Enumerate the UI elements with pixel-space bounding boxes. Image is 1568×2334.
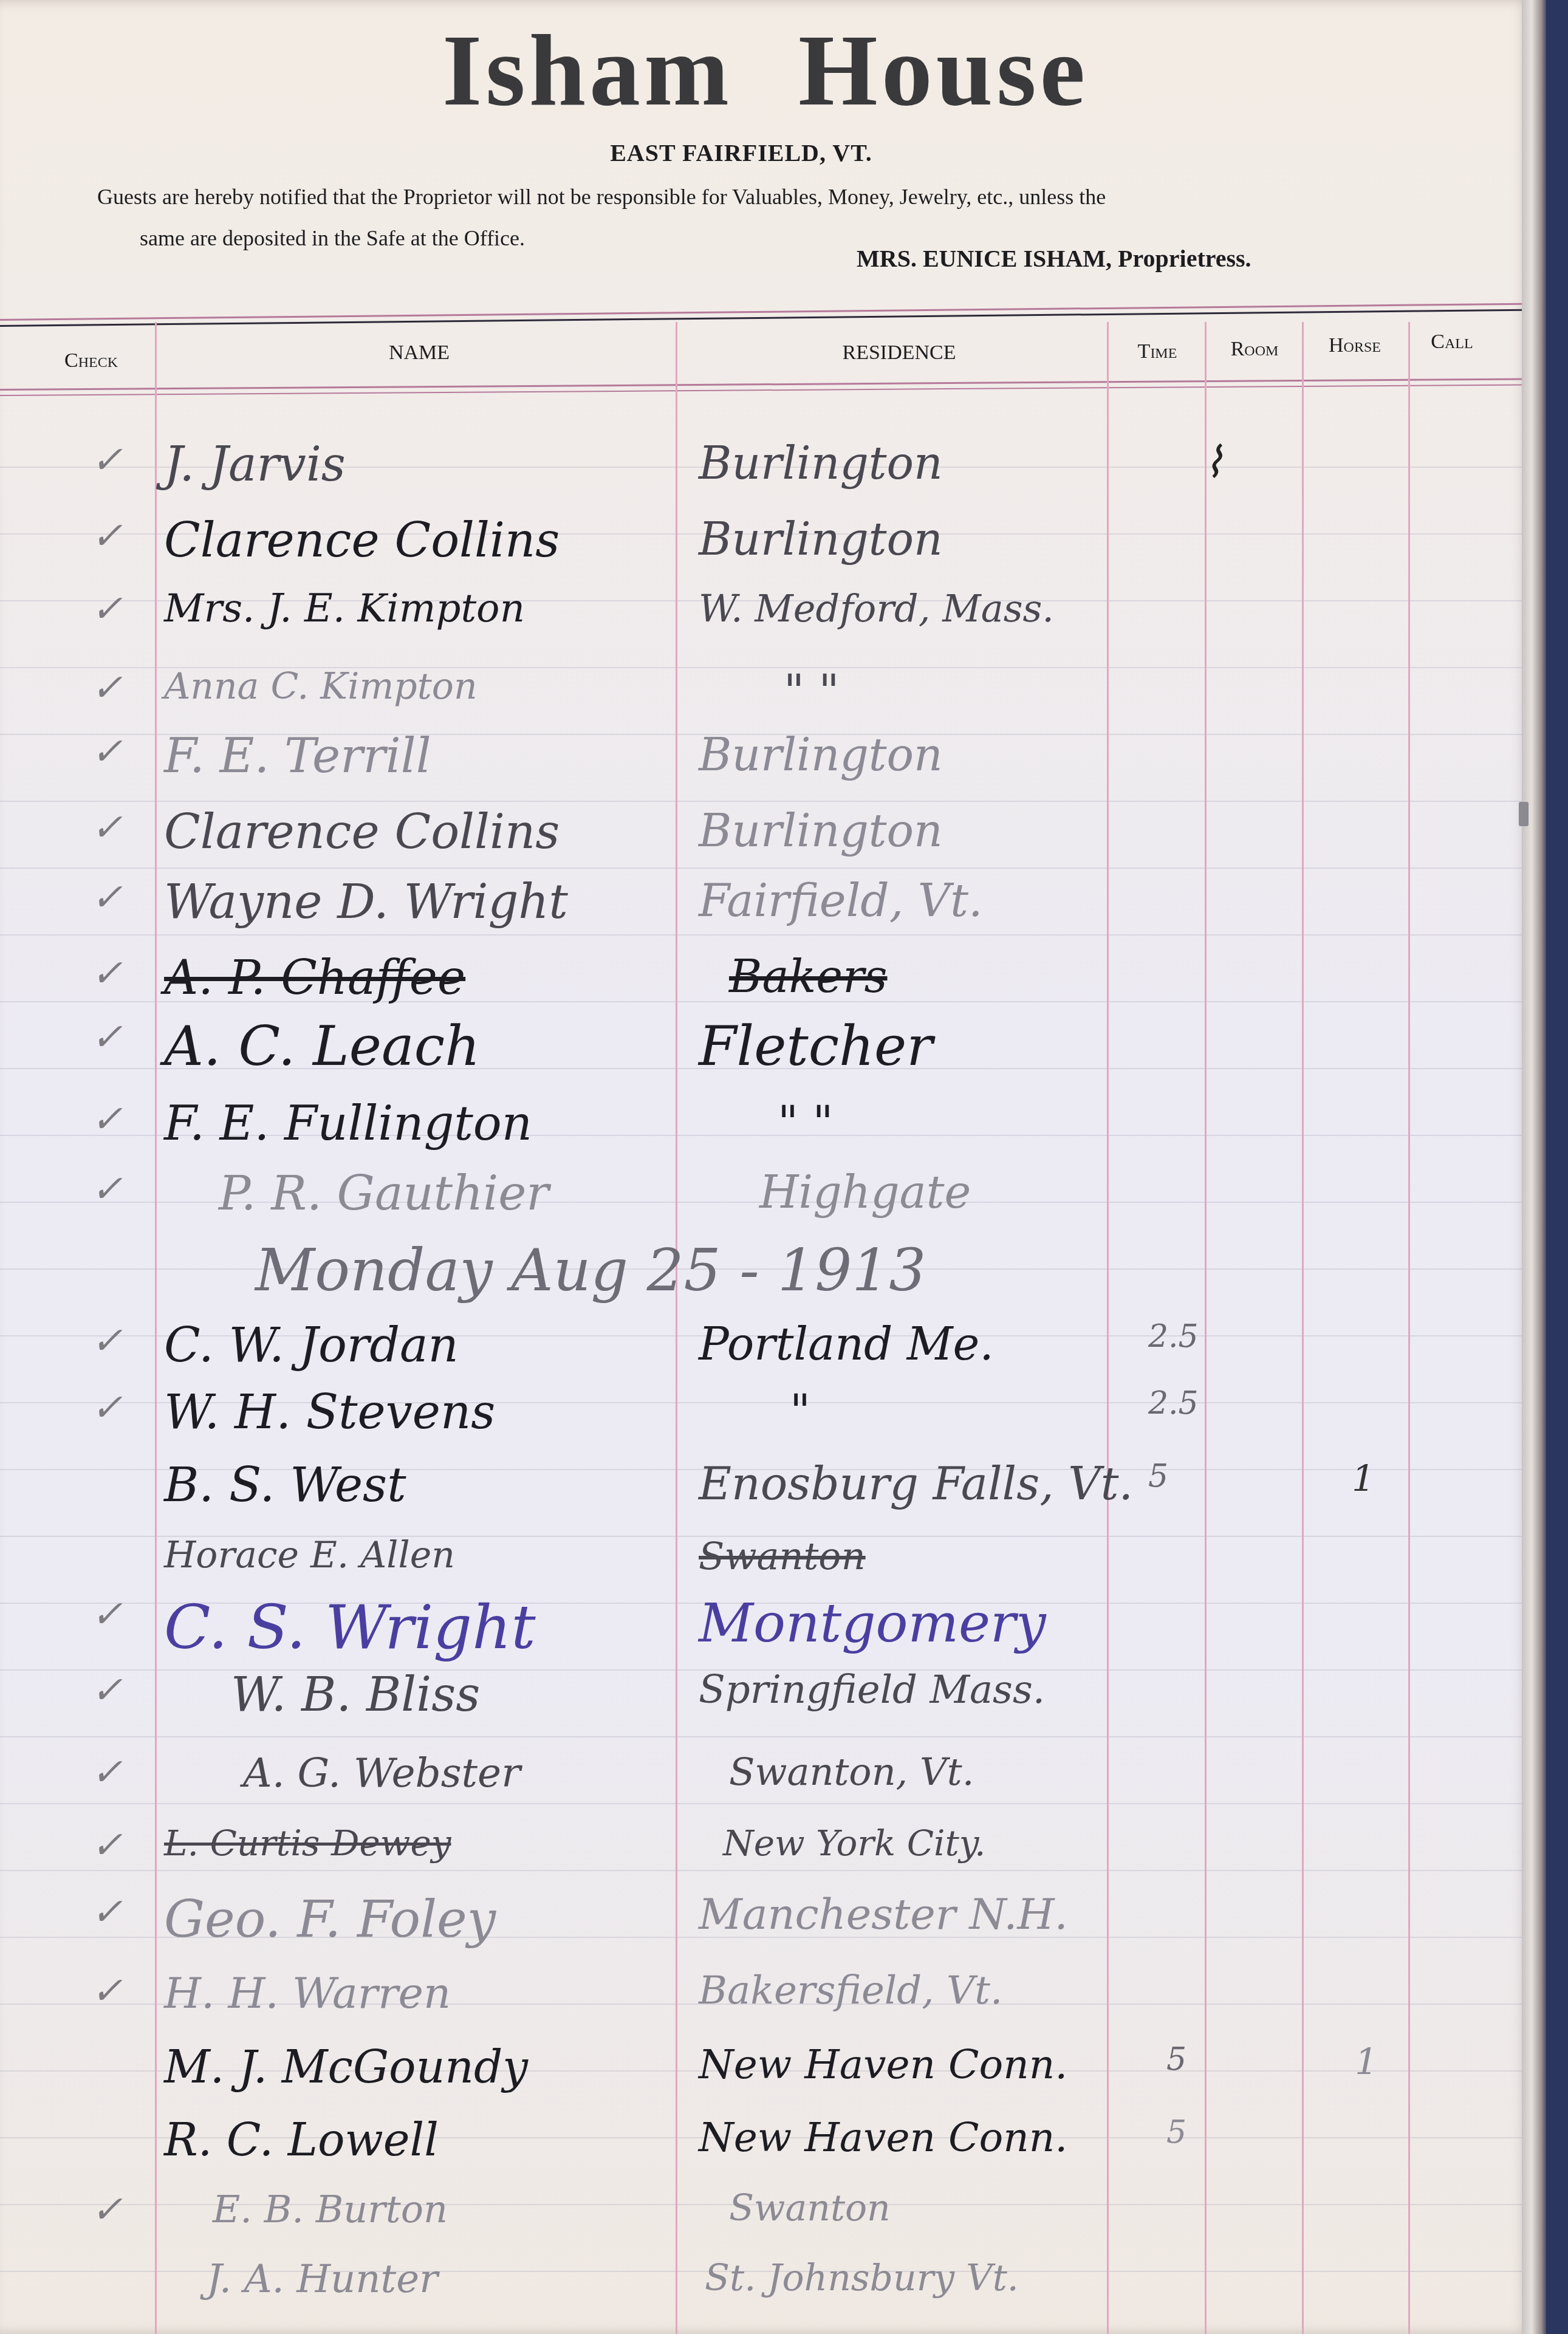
date-line: Monday Aug 25 - 1913 (255, 1236, 926, 1304)
register-entry: ✓ A. C. Leach Fletcher (0, 1015, 1519, 1081)
guest-name: Mrs. J. E. Kimpton (164, 586, 525, 631)
guest-name: Clarence Collins (164, 805, 560, 860)
register-entry: ✓ W. H. Stevens " 2.5 (0, 1385, 1519, 1452)
time-value: 2.5 (1148, 1318, 1199, 1355)
check-mark: ✓ (91, 1097, 123, 1141)
hotel-location: EAST FAIRFIELD, VT. (0, 139, 1482, 167)
guest-residence: Bakers (729, 951, 887, 1003)
guest-name: M. J. McGoundy (164, 2041, 528, 2093)
column-header-room: Room (1215, 338, 1294, 361)
check-mark: ✓ (91, 2187, 123, 2231)
guest-residence: Swanton (699, 1534, 866, 1578)
guest-name: Anna C. Kimpton (164, 665, 478, 708)
register-entry: ✓ A. P. Chaffee Bakers (0, 951, 1519, 1018)
guest-residence: Burlington (699, 729, 943, 781)
guest-residence: Swanton (729, 2187, 891, 2230)
proprietress-name: MRS. EUNICE ISHAM, (857, 245, 1112, 272)
check-mark: ✓ (91, 1668, 123, 1712)
guest-residence: Swanton, Vt. (729, 1750, 974, 1794)
register-entry: ✓ Mrs. J. E. Kimpton W. Medford, Mass. (0, 586, 1519, 653)
proprietress-signature: MRS. EUNICE ISHAM, Proprietress. (857, 244, 1251, 273)
guest-residence: W. Medford, Mass. (699, 586, 1054, 631)
check-mark: ✓ (91, 586, 123, 631)
guest-name: B. S. West (164, 1458, 406, 1513)
guest-residence: New Haven Conn. (699, 2114, 1067, 2161)
register-entry: ✓ W. B. Bliss Springfield Mass. (0, 1668, 1519, 1734)
guest-name: W. H. Stevens (164, 1385, 495, 1440)
guest-name: C. W. Jordan (164, 1318, 459, 1373)
guest-name: F. E. Fullington (164, 1097, 532, 1151)
register-entry: ✓ Clarence Collins Burlington (0, 513, 1519, 580)
check-mark: ✓ (91, 665, 123, 710)
column-header-name: NAME (340, 341, 498, 364)
register-entry: ✓ E. B. Burton Swanton (0, 2187, 1519, 2254)
register-entry: ✓ A. G. Webster Swanton, Vt. (0, 1750, 1519, 1816)
check-mark: ✓ (91, 1822, 123, 1867)
guest-name: W. B. Bliss (231, 1668, 480, 1722)
check-mark: ✓ (91, 805, 123, 849)
header-rule-bottom-2 (0, 384, 1525, 396)
guest-name: F. E. Terrill (164, 729, 431, 784)
guest-residence: Portland Me. (699, 1318, 994, 1371)
guest-residence: Bakersfield, Vt. (699, 1968, 1002, 2013)
guest-residence: New York City. (723, 1822, 985, 1864)
register-entry: ✓ F. E. Fullington " " (0, 1097, 1519, 1163)
register-entry: R. C. Lowell New Haven Conn. 5 (0, 2114, 1519, 2181)
guest-residence: " (790, 1385, 810, 1437)
guest-name: C. S. Wright (164, 1592, 536, 1663)
check-mark: ✓ (91, 1889, 123, 1934)
register-entry: ✓ J. Jarvis Burlington (0, 437, 1519, 504)
check-mark: ✓ (91, 875, 123, 919)
header-rule-bottom (0, 378, 1525, 391)
check-mark: ✓ (91, 513, 123, 558)
check-mark: ✓ (91, 729, 123, 773)
guest-residence: Highgate (759, 1166, 971, 1219)
guest-name: P. R. Gauthier (219, 1166, 549, 1221)
check-mark: ✓ (91, 951, 123, 995)
column-header-residence: RESIDENCE (808, 341, 990, 364)
guest-name: Clarence Collins (164, 513, 560, 568)
register-entry: ✓ H. H. Warren Bakersfield, Vt. (0, 1968, 1519, 2035)
time-value: 5 (1166, 2114, 1186, 2151)
hotel-title: Isham House (0, 12, 1531, 129)
check-mark: ✓ (91, 1166, 123, 1211)
column-header-time: Time (1118, 340, 1197, 363)
guest-residence: " " (784, 665, 840, 717)
check-mark: ✓ (91, 437, 123, 482)
horse-value: 1 (1352, 1458, 1375, 1501)
register-entry: ✓ F. E. Terrill Burlington (0, 729, 1519, 796)
guest-name: A. P. Chaffee (164, 951, 465, 1005)
guest-residence: St. Johnsbury Vt. (705, 2257, 1019, 2299)
guest-name: Geo. F. Foley (164, 1889, 496, 1949)
guest-name: L. Curtis Dewey (164, 1822, 451, 1864)
register-entry: ✓ Anna C. Kimpton " " (0, 665, 1519, 732)
guest-residence: New Haven Conn. (699, 2041, 1067, 2088)
proprietress-role: Proprietress. (1118, 245, 1251, 272)
binding-tab (1519, 802, 1529, 826)
notice-line-1: Guests are hereby notified that the Prop… (97, 185, 1106, 209)
guest-name: J. Jarvis (164, 437, 346, 492)
time-value: 5 (1148, 1458, 1168, 1494)
register-entry: ✓ Geo. F. Foley Manchester N.H. (0, 1889, 1519, 1956)
guest-name: Horace E. Allen (164, 1534, 455, 1576)
guest-residence: Burlington (699, 437, 943, 490)
check-mark: ✓ (91, 1385, 123, 1429)
guest-name: A. C. Leach (164, 1015, 480, 1078)
register-entry: B. S. West Enosburg Falls, Vt. 5 1 (0, 1458, 1519, 1525)
check-mark: ✓ (91, 1750, 123, 1794)
register-entry: M. J. McGoundy New Haven Conn. 5 1 (0, 2041, 1519, 2108)
guest-residence: Burlington (699, 805, 943, 857)
register-entry: ✓ P. R. Gauthier Highgate (0, 1166, 1519, 1233)
guest-name: H. H. Warren (164, 1968, 451, 2018)
column-header-horse: Horse (1309, 334, 1400, 357)
register-entry: Horace E. Allen Swanton (0, 1534, 1519, 1601)
check-mark: ✓ (91, 1015, 123, 1059)
guest-residence: Enosburg Falls, Vt. (699, 1458, 1133, 1510)
guest-residence: Fletcher (699, 1015, 933, 1078)
guest-residence: " " (778, 1097, 834, 1149)
register-entry: ✓ Wayne D. Wright Fairfield, Vt. (0, 875, 1519, 942)
guest-name: Wayne D. Wright (164, 875, 568, 929)
guest-name: J. A. Hunter (207, 2257, 438, 2302)
register-entry: ✓ C. S. Wright Montgomery (0, 1592, 1519, 1658)
guest-residence: Springfield Mass. (699, 1668, 1045, 1713)
time-value: 5 (1166, 2041, 1186, 2078)
page-edge (1522, 0, 1546, 2334)
guest-residence: Fairfield, Vt. (699, 875, 982, 927)
guest-residence: Montgomery (699, 1592, 1046, 1654)
guest-residence: Manchester N.H. (699, 1889, 1068, 1939)
register-entry: J. A. Hunter St. Johnsbury Vt. (0, 2257, 1519, 2324)
check-mark: ✓ (91, 1592, 123, 1636)
register-entry: ✓ Clarence Collins Burlington (0, 805, 1519, 872)
guest-residence: Burlington (699, 513, 943, 566)
register-page: Isham House EAST FAIRFIELD, VT. Guests a… (0, 0, 1531, 2334)
guest-name: A. G. Webster (243, 1750, 521, 1796)
register-entry: ✓ L. Curtis Dewey New York City. (0, 1822, 1519, 1889)
check-mark: ✓ (91, 1318, 123, 1363)
register-entry: ✓ C. W. Jordan Portland Me. 2.5 (0, 1318, 1519, 1385)
column-header-check: Check (61, 349, 122, 372)
horse-value: 1 (1355, 2041, 1378, 2084)
column-header-call: Call (1412, 330, 1491, 354)
check-mark: ✓ (91, 1968, 123, 2013)
guest-name: R. C. Lowell (164, 2114, 439, 2166)
time-value: 2.5 (1148, 1385, 1199, 1422)
guest-name: E. B. Burton (213, 2187, 448, 2231)
